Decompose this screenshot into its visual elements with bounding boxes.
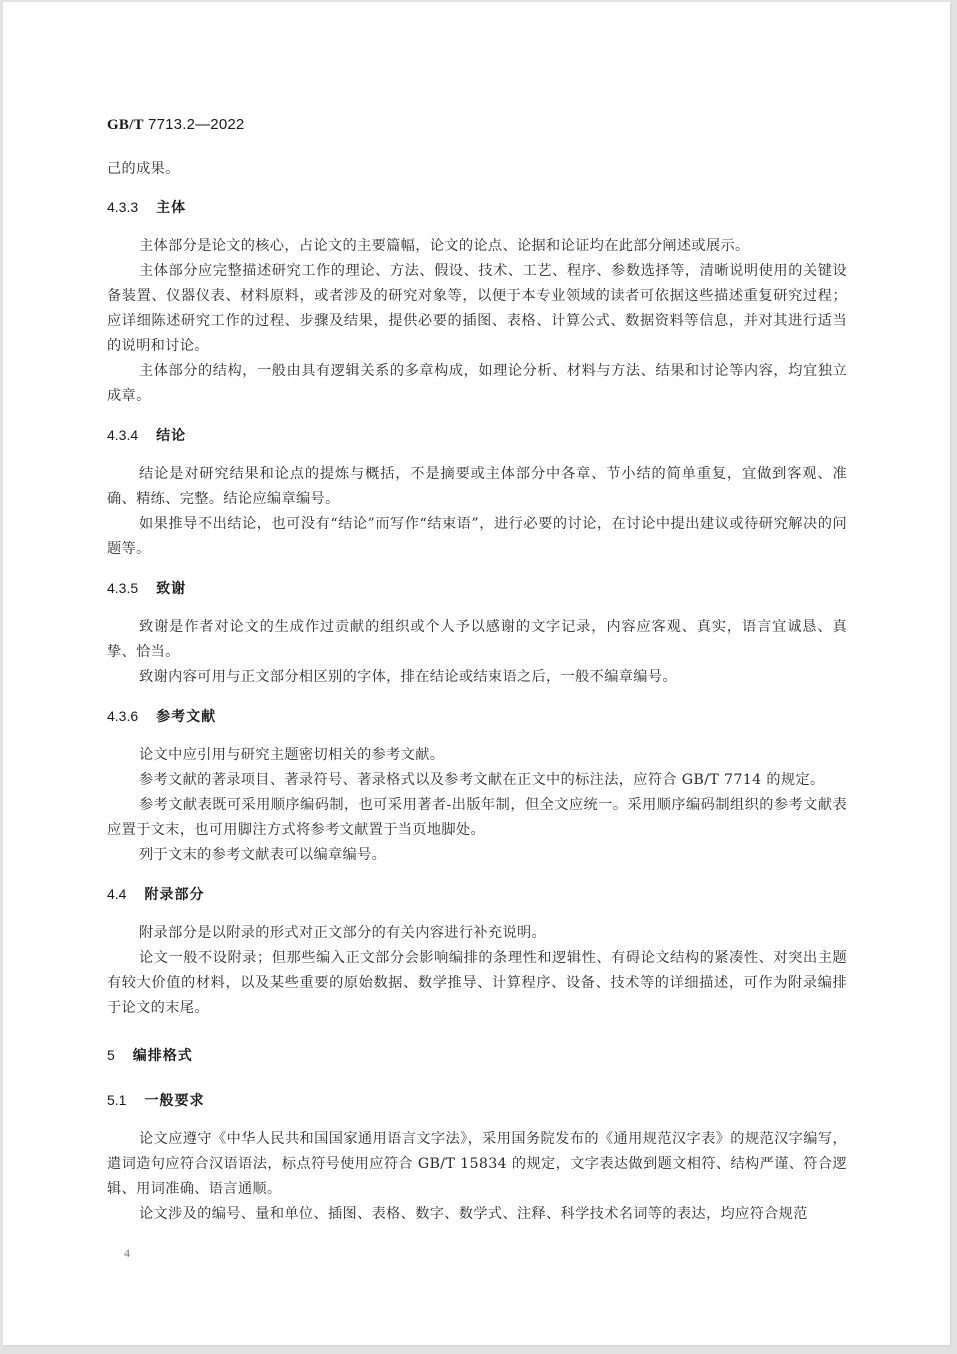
section-title: 附录部分 [144,886,204,902]
paragraph: 论文中应引用与研究主题密切相关的参考文献。 [107,743,847,768]
paragraph: 附录部分是以附录的形式对正文部分的有关内容进行补充说明。 [107,921,847,946]
paragraph: 参考文献表既可采用顺序编码制，也可采用著者-出版年制，但全文应统一。采用顺序编码… [107,793,847,843]
section-heading-4-3-6: 4.3.6参考文献 [107,704,847,729]
standard-code: GB/T [107,117,144,133]
section-title: 编排格式 [133,1047,193,1063]
paragraph: 致谢内容可用与正文部分相区别的字体，排在结论或结束语之后，一般不编章编号。 [107,665,847,690]
standard-number: 7713.2—2022 [148,116,244,133]
paragraph: 论文一般不设附录；但那些编入正文部分会影响编排的条理性和逻辑性、有碍论文结构的紧… [107,946,847,1021]
paragraph: 如果推导不出结论，也可没有“结论”而写作“结束语”，进行必要的讨论，在讨论中提出… [107,512,847,562]
section-number: 5 [107,1043,115,1068]
paragraph: 论文应遵守《中华人民共和国国家通用语言文字法》，采用国务院发布的《通用规范汉字表… [107,1127,847,1202]
section-title: 结论 [156,427,186,443]
paragraph: 己的成果。 [107,157,847,182]
section-number: 4.4 [107,882,126,907]
paragraph: 结论是对研究结果和论点的提炼与概括，不是摘要或主体部分中各章、节小结的简单重复，… [107,462,847,512]
paragraph: 主体部分的结构，一般由具有逻辑关系的多章构成，如理论分析、材料与方法、结果和讨论… [107,359,847,409]
paragraph: 列于文末的参考文献表可以编章编号。 [107,843,847,868]
section-number: 4.3.4 [107,423,138,448]
paragraph: 参考文献的著录项目、著录符号、著录格式以及参考文献在正文中的标注法，应符合 GB… [107,768,847,793]
section-heading-4-3-4: 4.3.4结论 [107,423,847,448]
document-body: 己的成果。 4.3.3主体 主体部分是论文的核心，占论文的主要篇幅，论文的论点、… [107,157,847,1227]
section-heading-4-3-3: 4.3.3主体 [107,195,847,220]
section-title: 主体 [156,199,186,215]
section-title: 一般要求 [144,1092,204,1108]
section-title: 致谢 [156,580,186,596]
section-title: 参考文献 [156,708,216,724]
section-number: 4.3.5 [107,576,138,601]
paragraph: 主体部分应完整描述研究工作的理论、方法、假设、技术、工艺、程序、参数选择等，清晰… [107,259,847,359]
document-page: GB/T 7713.2—2022 己的成果。 4.3.3主体 主体部分是论文的核… [3,2,950,1345]
paragraph: 论文涉及的编号、量和单位、插图、表格、数字、数学式、注释、科学技术名词等的表达，… [107,1202,847,1227]
section-number: 4.3.6 [107,704,138,729]
section-number: 5.1 [107,1088,126,1113]
standard-header: GB/T 7713.2—2022 [107,116,244,134]
paragraph: 致谢是作者对论文的生成作过贡献的组织或个人予以感谢的文字记录，内容应客观、真实，… [107,615,847,665]
page-number: 4 [124,1246,130,1261]
section-number: 4.3.3 [107,195,138,220]
paragraph: 主体部分是论文的核心，占论文的主要篇幅，论文的论点、论据和论证均在此部分阐述或展… [107,234,847,259]
section-heading-5-1: 5.1一般要求 [107,1088,847,1113]
section-heading-5: 5编排格式 [107,1043,847,1068]
section-heading-4-3-5: 4.3.5致谢 [107,576,847,601]
section-heading-4-4: 4.4附录部分 [107,882,847,907]
